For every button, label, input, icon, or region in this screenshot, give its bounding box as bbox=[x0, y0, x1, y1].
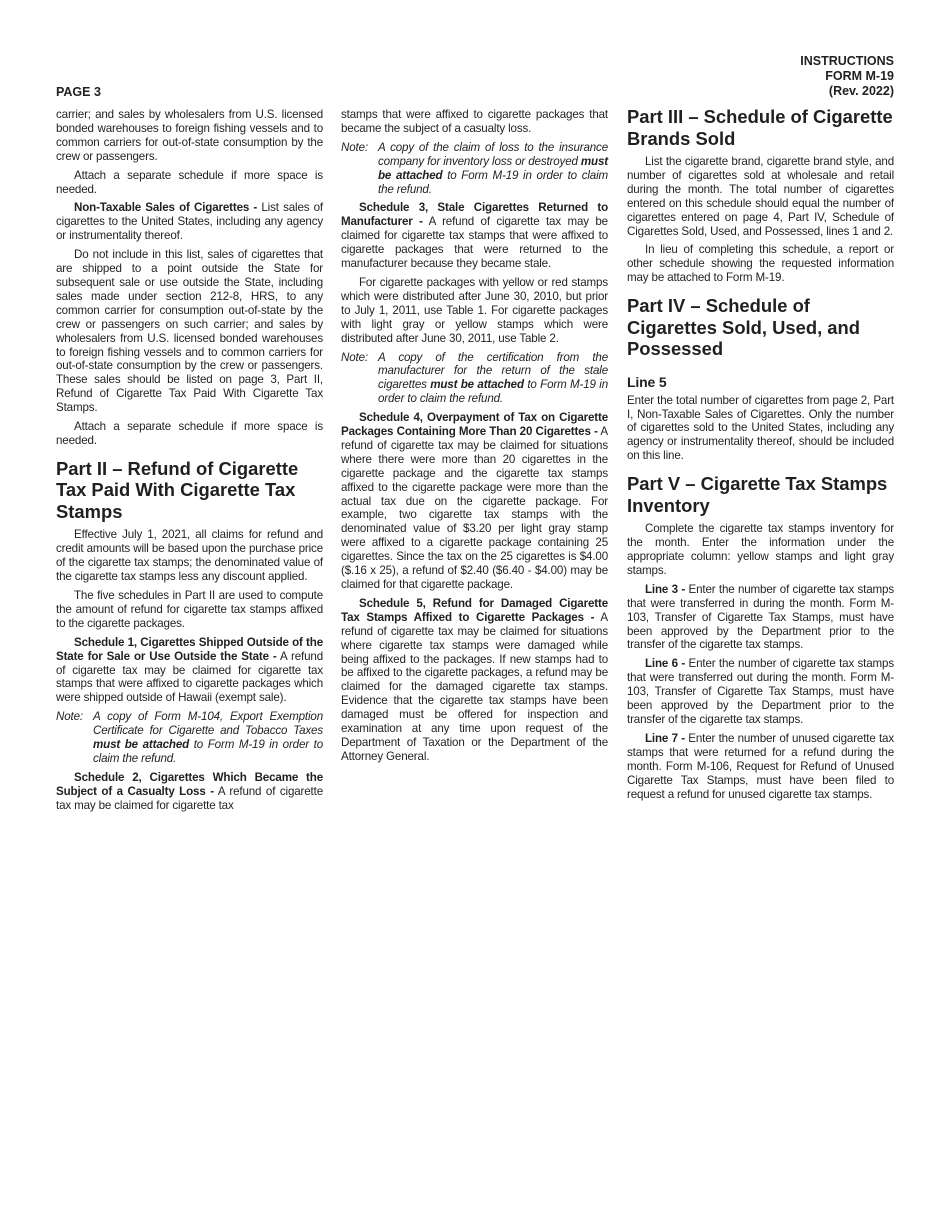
section-heading-part-v: Part V – Cigarette Tax Stamps Inventory bbox=[627, 473, 894, 516]
column-3: Part III – Schedule of Cigarette Brands … bbox=[627, 106, 894, 806]
paragraph: stamps that were affixed to cigarette pa… bbox=[341, 108, 608, 136]
schedule-1-paragraph: Schedule 1, Cigarettes Shipped Outside o… bbox=[56, 636, 323, 706]
paragraph: Do not include in this list, sales of ci… bbox=[56, 248, 323, 415]
section-heading-part-ii: Part II – Refund of Cigarette Tax Paid W… bbox=[56, 458, 323, 523]
column-1: carrier; and sales by wholesalers from U… bbox=[56, 108, 323, 818]
schedule-5-paragraph: Schedule 5, Refund for Damaged Cigarette… bbox=[341, 597, 608, 764]
paragraph: Attach a separate schedule if more space… bbox=[56, 420, 323, 448]
section-heading-part-iv: Part IV – Schedule of Cigarettes Sold, U… bbox=[627, 295, 894, 360]
paragraph: In lieu of completing this schedule, a r… bbox=[627, 243, 894, 285]
section-lead: Schedule 4, Overpayment of Tax on Cigare… bbox=[341, 411, 608, 438]
paragraph: Attach a separate schedule if more space… bbox=[56, 169, 323, 197]
paragraph: For cigarette packages with yellow or re… bbox=[341, 276, 608, 346]
page-number: PAGE 3 bbox=[56, 85, 101, 100]
note-label: Note: bbox=[341, 141, 368, 155]
section-heading-part-iii: Part III – Schedule of Cigarette Brands … bbox=[627, 106, 894, 149]
section-lead: Line 7 - bbox=[645, 732, 685, 745]
schedule-2-paragraph: Schedule 2, Cigarettes Which Became the … bbox=[56, 771, 323, 813]
paragraph: Enter the total number of cigarettes fro… bbox=[627, 394, 894, 464]
paragraph: Effective July 1, 2021, all claims for r… bbox=[56, 528, 323, 584]
paragraph: Complete the cigarette tax stamps invent… bbox=[627, 522, 894, 578]
form-identifier: INSTRUCTIONS FORM M-19 (Rev. 2022) bbox=[800, 54, 894, 99]
section-lead: Schedule 5, Refund for Damaged Cigarette… bbox=[341, 597, 608, 624]
line-7-paragraph: Line 7 - Enter the number of unused ciga… bbox=[627, 732, 894, 802]
note-label: Note: bbox=[341, 351, 368, 365]
form-number: FORM M-19 bbox=[800, 69, 894, 84]
subheading-line-5: Line 5 bbox=[627, 374, 894, 391]
column-2: stamps that were affixed to cigarette pa… bbox=[341, 108, 608, 769]
paragraph: The five schedules in Part II are used t… bbox=[56, 589, 323, 631]
note-label: Note: bbox=[56, 710, 83, 724]
revision-year: (Rev. 2022) bbox=[800, 84, 894, 99]
section-lead: Line 3 - bbox=[645, 583, 685, 596]
line-3-paragraph: Line 3 - Enter the number of cigarette t… bbox=[627, 583, 894, 653]
section-lead: Non-Taxable Sales of Cigarettes - bbox=[74, 201, 257, 214]
paragraph: List the cigarette brand, cigarette bran… bbox=[627, 155, 894, 238]
line-6-paragraph: Line 6 - Enter the number of cigarette t… bbox=[627, 657, 894, 727]
schedule-4-paragraph: Schedule 4, Overpayment of Tax on Cigare… bbox=[341, 411, 608, 592]
paragraph: carrier; and sales by wholesalers from U… bbox=[56, 108, 323, 164]
note: Note:A copy of the certification from th… bbox=[341, 351, 608, 407]
schedule-3-paragraph: Schedule 3, Stale Cigarettes Returned to… bbox=[341, 201, 608, 271]
note: Note:A copy of Form M-104, Export Exempt… bbox=[56, 710, 323, 766]
non-taxable-sales-paragraph: Non-Taxable Sales of Cigarettes - List s… bbox=[56, 201, 323, 243]
note: Note:A copy of the claim of loss to the … bbox=[341, 141, 608, 197]
instructions-label: INSTRUCTIONS bbox=[800, 54, 894, 69]
section-lead: Line 6 - bbox=[645, 657, 685, 670]
